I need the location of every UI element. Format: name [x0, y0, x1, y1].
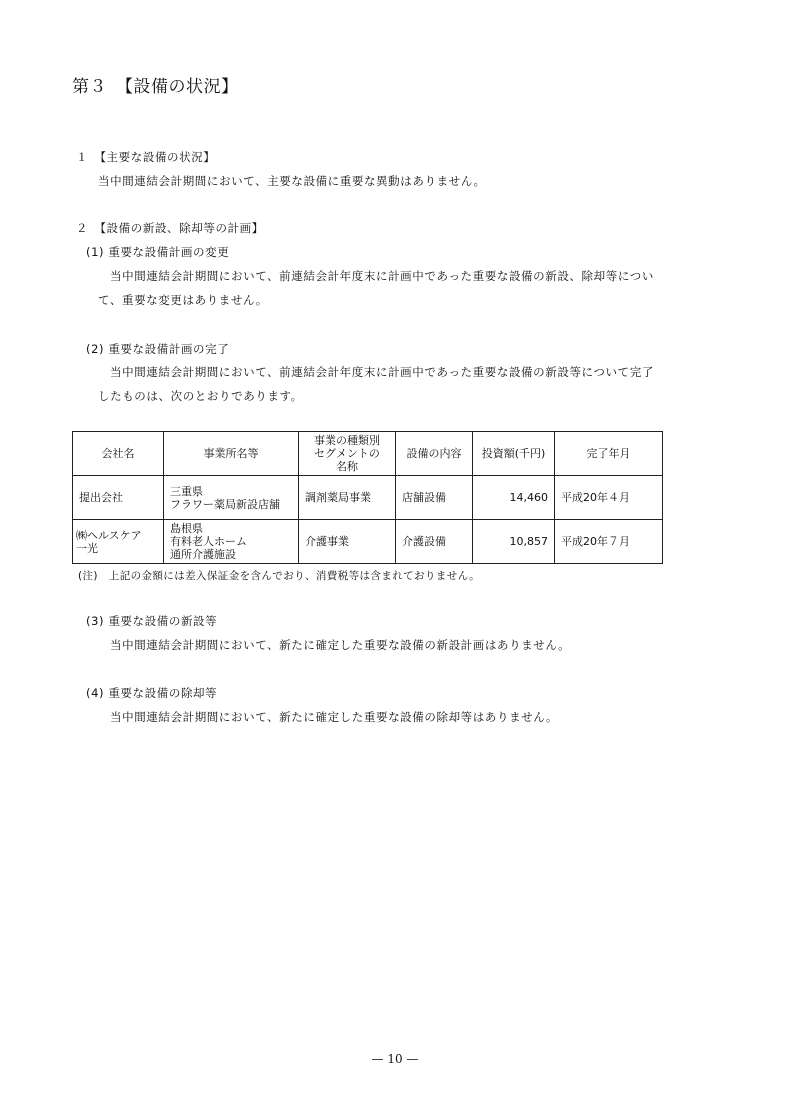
sub1-body-line2: て、重要な変更はありません。	[98, 292, 268, 308]
cell-equipment: 介護設備	[396, 520, 473, 564]
page-title: 第３ 【設備の状況】	[72, 72, 239, 97]
header-completed: 完了年月	[555, 432, 663, 476]
cell-equipment: 店舗設備	[396, 476, 473, 520]
section1-heading: １ 【主要な設備の状況】	[76, 149, 215, 165]
section2-heading: ２ 【設備の新設、除却等の計画】	[76, 220, 264, 236]
sub2-heading: (2) 重要な設備計画の完了	[86, 341, 229, 357]
cell-office: 島根県 有料老人ホーム 通所介護施設	[164, 520, 299, 564]
sub2-body-line2: したものは、次のとおりであります。	[98, 388, 303, 404]
section1-body: 当中間連結会計期間において、主要な設備に重要な異動はありません。	[98, 173, 486, 189]
table-header-row: 会社名 事業所名等 事業の種類別 セグメントの 名称 設備の内容 投資額(千円)…	[73, 432, 663, 476]
sub3-heading: (3) 重要な設備の新設等	[86, 613, 217, 629]
cell-amount: 14,460	[473, 476, 555, 520]
header-segment: 事業の種類別 セグメントの 名称	[299, 432, 396, 476]
sub4-body: 当中間連結会計期間において、新たに確定した重要な設備の除却等はありません。	[110, 709, 558, 725]
header-company: 会社名	[73, 432, 164, 476]
cell-amount: 10,857	[473, 520, 555, 564]
equipment-completion-table: 会社名 事業所名等 事業の種類別 セグメントの 名称 設備の内容 投資額(千円)…	[72, 431, 663, 564]
sub3-body: 当中間連結会計期間において、新たに確定した重要な設備の新設計画はありません。	[110, 637, 570, 653]
sub4-heading: (4) 重要な設備の除却等	[86, 685, 217, 701]
sub1-heading: (1) 重要な設備計画の変更	[86, 244, 229, 260]
table-row: ㈱ヘルスケア 一光 島根県 有料老人ホーム 通所介護施設 介護事業 介護設備 1…	[73, 520, 663, 564]
header-office: 事業所名等	[164, 432, 299, 476]
table-row: 提出会社 三重県 フラワー薬局新設店舗 調剤薬局事業 店舗設備 14,460 平…	[73, 476, 663, 520]
table-note: (注) 上記の金額には差入保証金を含んでおり、消費税等は含まれておりません。	[78, 568, 480, 583]
header-amount: 投資額(千円)	[473, 432, 555, 476]
page-number: — 10 —	[0, 1052, 790, 1066]
cell-office: 三重県 フラワー薬局新設店舗	[164, 476, 299, 520]
cell-segment: 介護事業	[299, 520, 396, 564]
sub2-body-line1: 当中間連結会計期間において、前連結会計年度末に計画中であった重要な設備の新設等に…	[110, 364, 654, 380]
header-equipment: 設備の内容	[396, 432, 473, 476]
cell-company: 提出会社	[73, 476, 164, 520]
sub1-body-line1: 当中間連結会計期間において、前連結会計年度末に計画中であった重要な設備の新設、除…	[110, 268, 654, 284]
cell-completed: 平成20年７月	[555, 520, 663, 564]
cell-completed: 平成20年４月	[555, 476, 663, 520]
cell-segment: 調剤薬局事業	[299, 476, 396, 520]
cell-company: ㈱ヘルスケア 一光	[73, 520, 164, 564]
